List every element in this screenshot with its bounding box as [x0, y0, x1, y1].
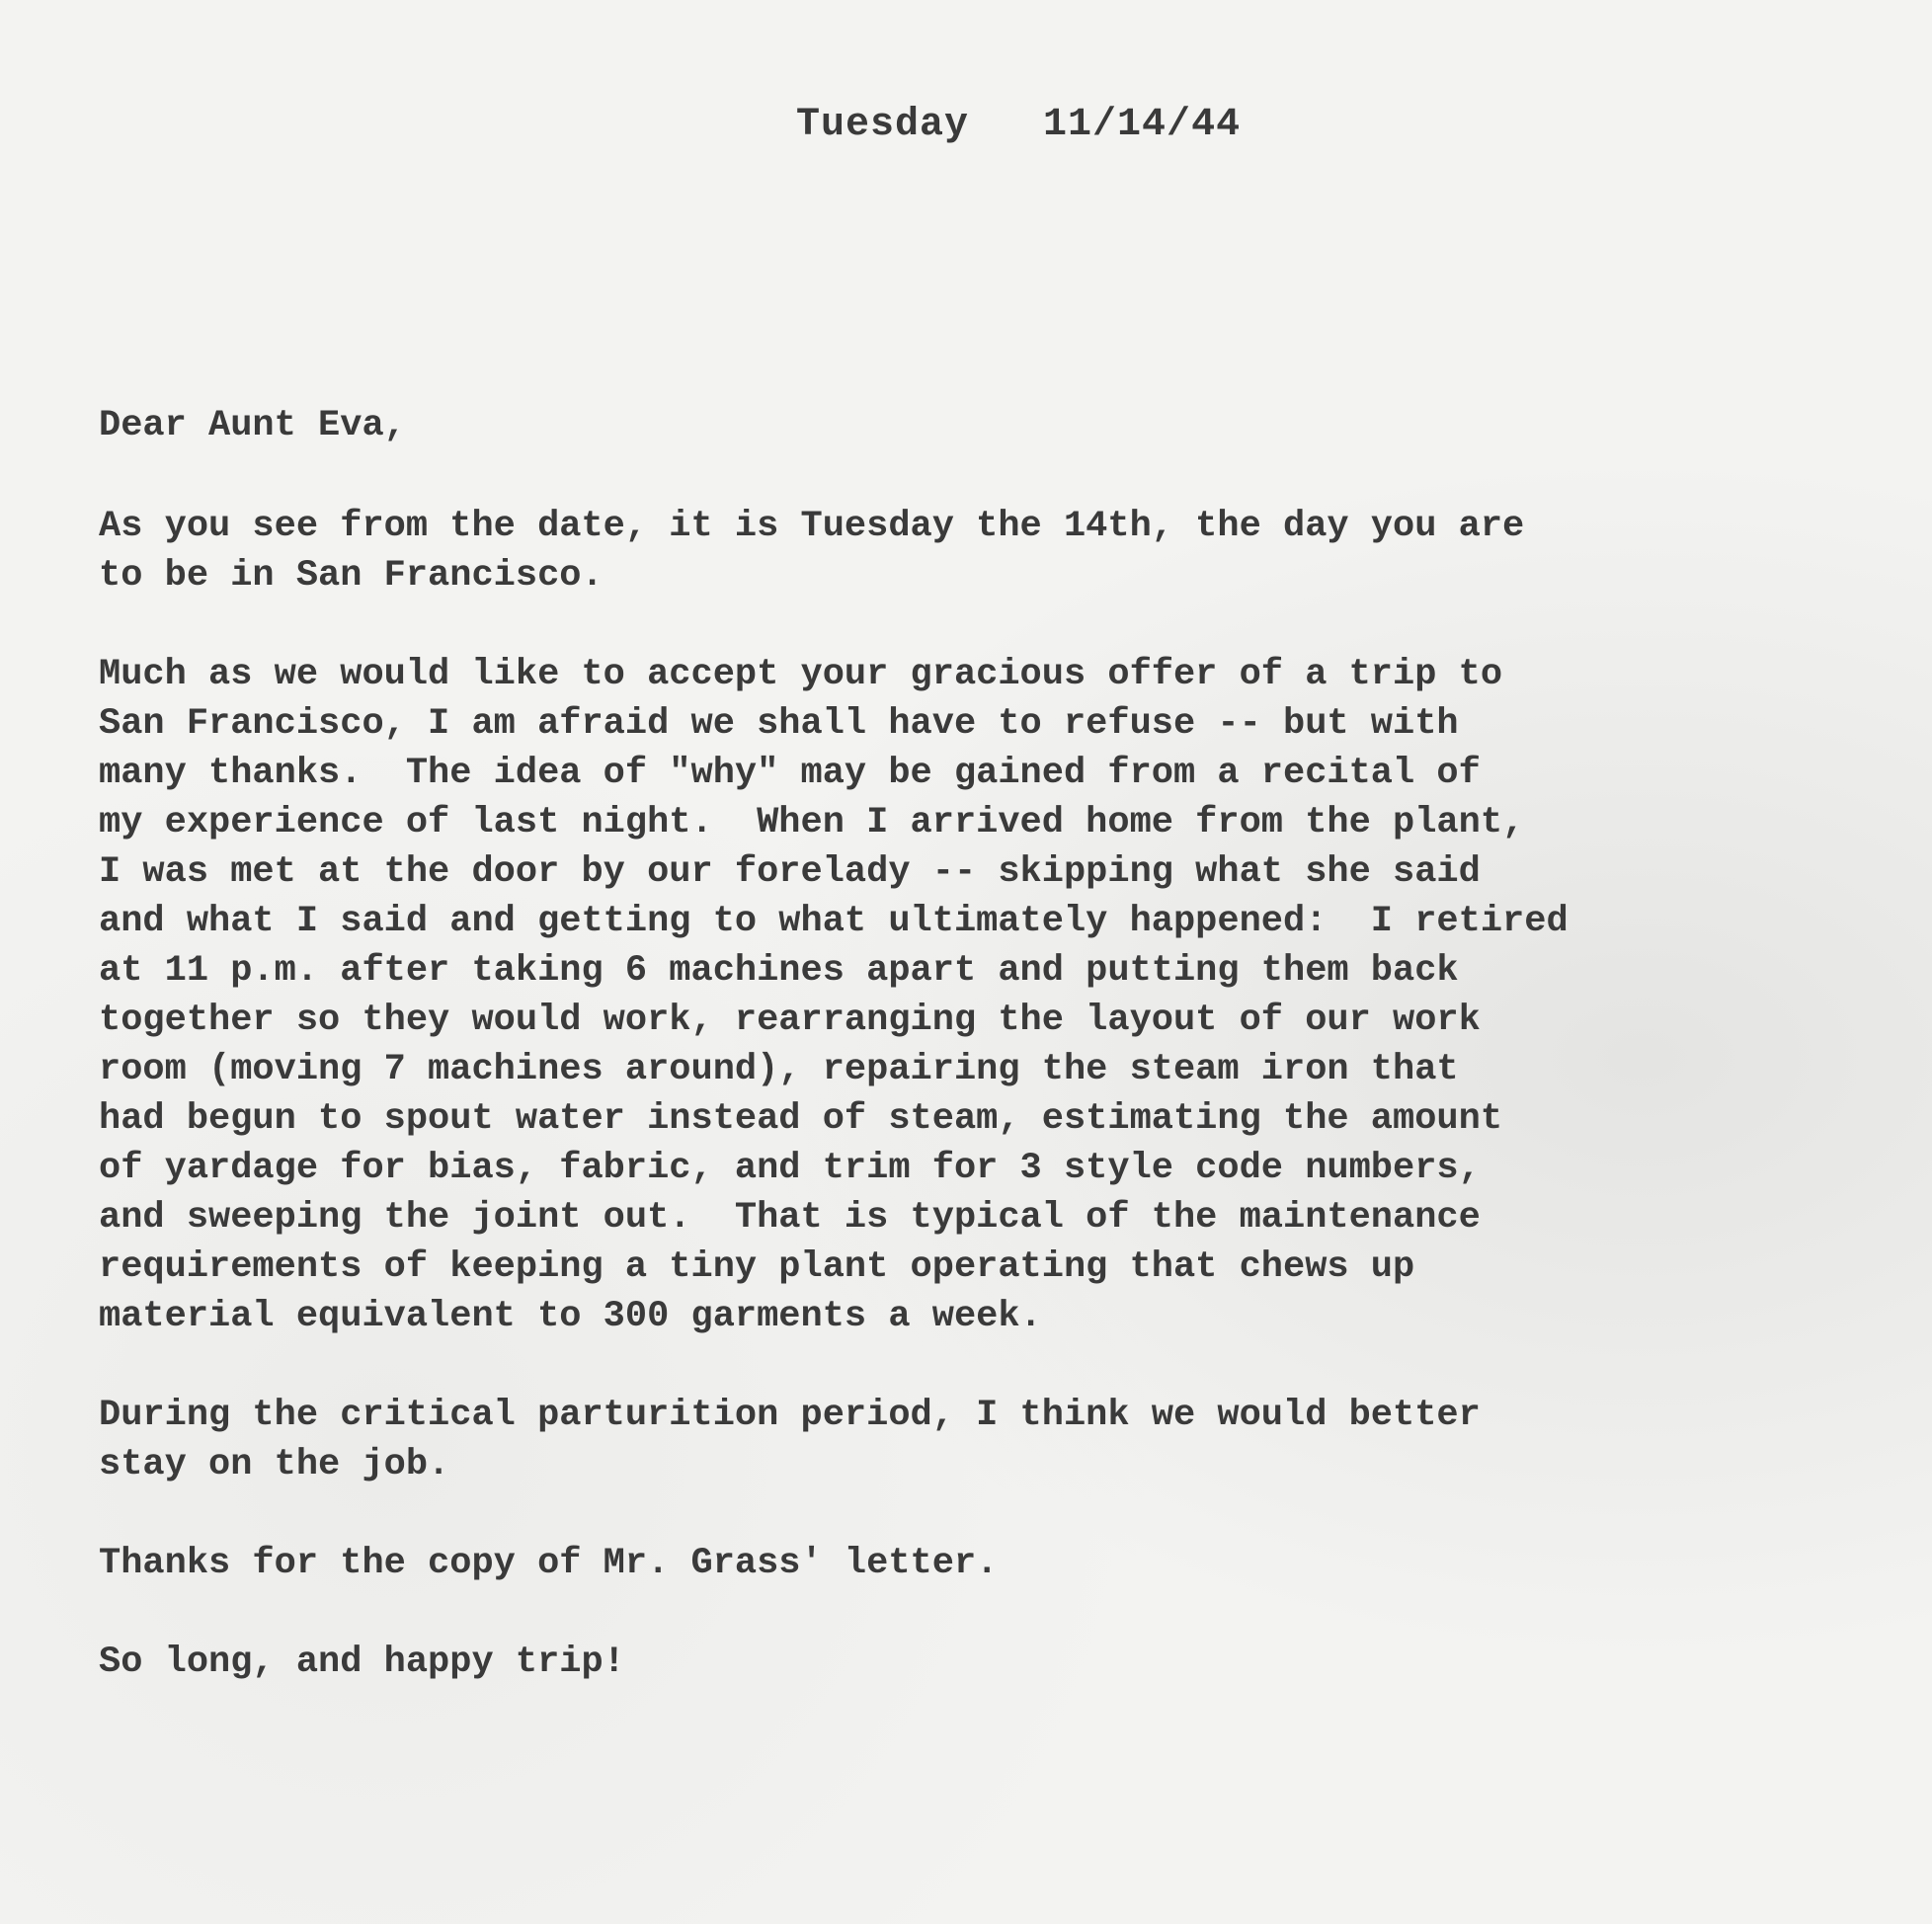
letter-line: So long, and happy trip! [99, 1638, 1857, 1687]
letter-body: As you see from the date, it is Tuesday … [99, 502, 1857, 1736]
letter-line: material equivalent to 300 garments a we… [99, 1292, 1857, 1341]
letter-line: had begun to spout water instead of stea… [99, 1094, 1857, 1144]
letter-line: many thanks. The idea of "why" may be ga… [99, 749, 1857, 798]
letter-line: and sweeping the joint out. That is typi… [99, 1193, 1857, 1243]
letter-line: Much as we would like to accept your gra… [99, 650, 1857, 699]
letter-line: my experience of last night. When I arri… [99, 798, 1857, 847]
letter-paragraph: Much as we would like to accept your gra… [99, 650, 1857, 1341]
letter-paragraph: During the critical parturition period, … [99, 1391, 1857, 1489]
letter-salutation: Dear Aunt Eva, [99, 405, 406, 446]
letter-paragraph: So long, and happy trip! [99, 1638, 1857, 1687]
letter-line: to be in San Francisco. [99, 551, 1857, 601]
letter-line: and what I said and getting to what ulti… [99, 897, 1857, 946]
letter-line: I was met at the door by our forelady --… [99, 847, 1857, 897]
letter-line: Thanks for the copy of Mr. Grass' letter… [99, 1539, 1857, 1588]
letter-line: at 11 p.m. after taking 6 machines apart… [99, 946, 1857, 996]
letter-line: During the critical parturition period, … [99, 1391, 1857, 1440]
letter-paragraph: As you see from the date, it is Tuesday … [99, 502, 1857, 601]
letter-line: San Francisco, I am afraid we shall have… [99, 699, 1857, 749]
letter-line: room (moving 7 machines around), repairi… [99, 1045, 1857, 1094]
letter-line: of yardage for bias, fabric, and trim fo… [99, 1144, 1857, 1193]
letter-page: Tuesday 11/14/44 Dear Aunt Eva, As you s… [0, 0, 1932, 1924]
letter-line: As you see from the date, it is Tuesday … [99, 502, 1857, 551]
letter-date: Tuesday 11/14/44 [796, 103, 1241, 147]
letter-line: stay on the job. [99, 1440, 1857, 1489]
letter-line: requirements of keeping a tiny plant ope… [99, 1243, 1857, 1292]
letter-paragraph: Thanks for the copy of Mr. Grass' letter… [99, 1539, 1857, 1588]
letter-line: together so they would work, rearranging… [99, 996, 1857, 1045]
